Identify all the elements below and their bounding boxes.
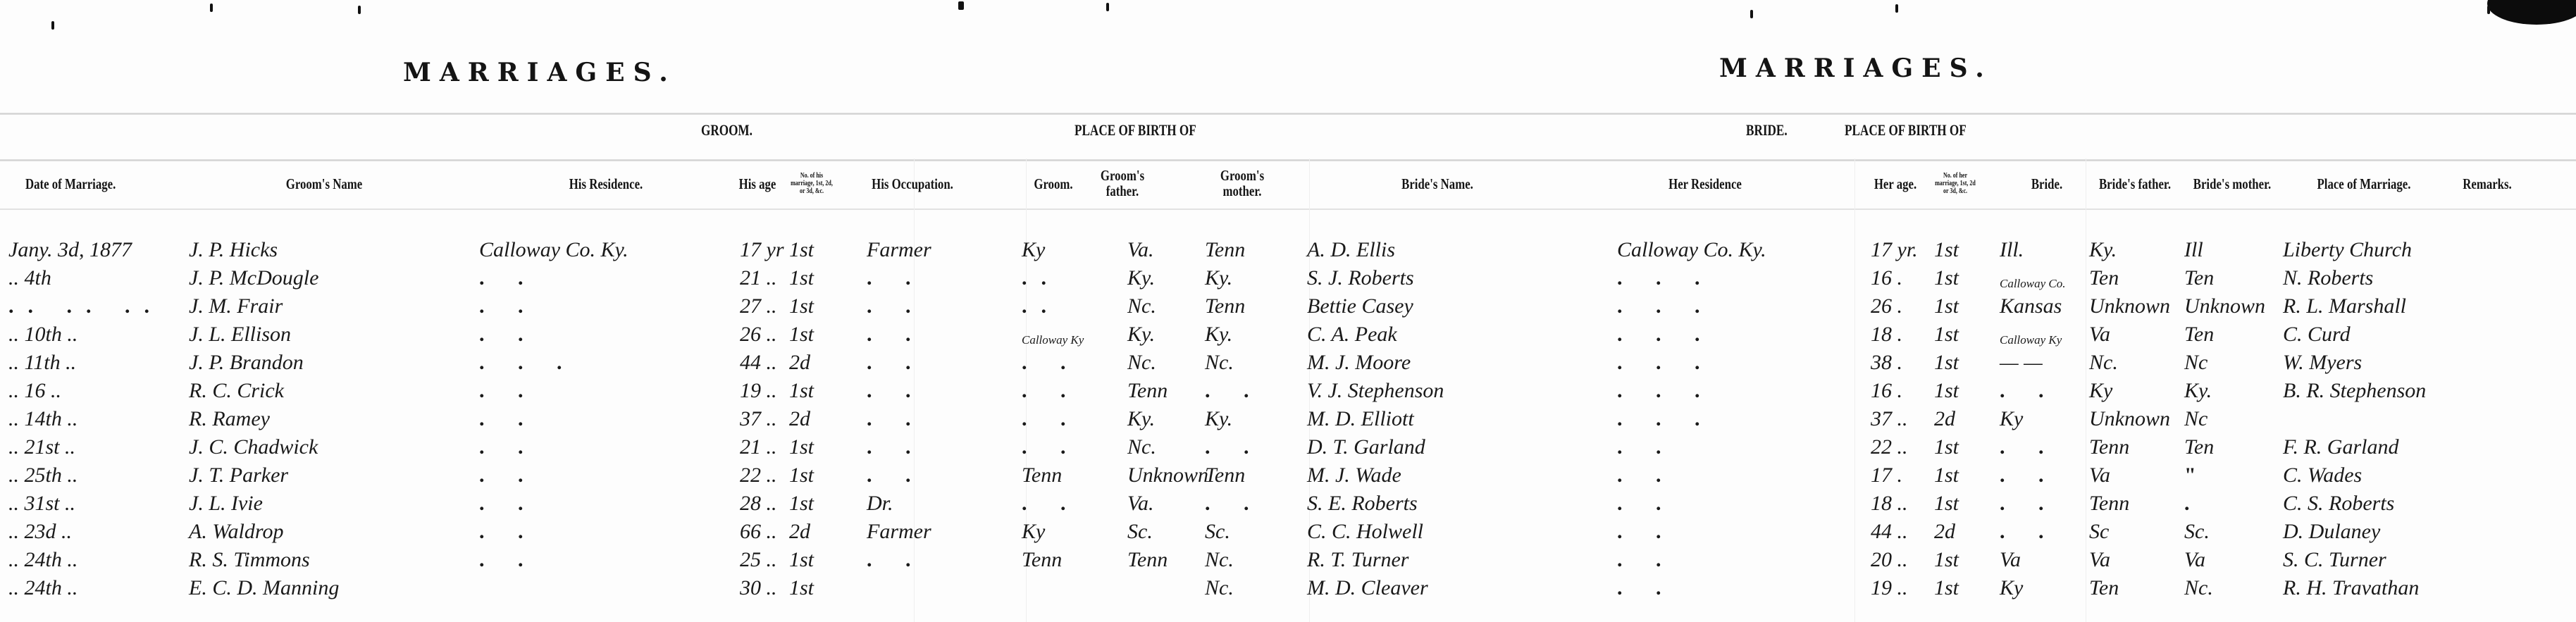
cell-his-age: 25 ..	[740, 548, 777, 572]
cell-bride-mother: Unknown	[2184, 294, 2265, 318]
column-header-bride-name: Bride's Name.	[1392, 176, 1482, 192]
cell-groom-birth: . .	[1022, 379, 1080, 403]
column-header-his-marriage-no: No. of his marriage, 1st, 2d, or 3d, &c.	[789, 172, 834, 195]
cell-bride-mother: "	[2184, 464, 2210, 487]
cell-groom-father: Ky.	[1127, 323, 1155, 347]
cell-her-residence: . .	[1617, 464, 1676, 487]
cell-her-residence: . . .	[1617, 294, 1714, 318]
cell-his-residence: . .	[479, 323, 538, 347]
cell-groom-father: Tenn	[1127, 379, 1168, 403]
cell-groom-name: J. P. Brandon	[189, 351, 304, 375]
column-header-her-age: Her age.	[1867, 176, 1924, 192]
cell-her-marriage-no: 1st	[1934, 266, 1959, 290]
column-header-groom-birthplace: Groom.	[1025, 176, 1082, 192]
cell-groom-name: A. Waldrop	[189, 520, 283, 544]
cell-groom-father: Nc.	[1127, 294, 1156, 318]
cell-groom-mother: Sc.	[1205, 520, 1230, 544]
cell-his-occupation: . .	[867, 435, 925, 459]
column-header-bride-father: Bride's father.	[2095, 176, 2174, 192]
cell-bride-name: R. T. Turner	[1307, 548, 1408, 572]
cell-groom-name: J. T. Parker	[189, 464, 288, 487]
cell-her-age: 19 ..	[1871, 576, 1908, 600]
cell-his-marriage-no: 1st	[789, 323, 814, 347]
cell-his-marriage-no: 1st	[789, 435, 814, 459]
cell-bride-birth: Calloway Ky	[2000, 328, 2062, 352]
cell-date: Jany. 3d, 1877	[8, 238, 132, 262]
column-header-remarks: Remarks.	[2459, 176, 2515, 192]
cell-bride-father: Ky	[2089, 379, 2112, 403]
cell-his-marriage-no: 1st	[789, 379, 814, 403]
cell-her-age: 16 .	[1871, 266, 1902, 290]
column-divider	[1854, 158, 1855, 622]
cell-her-marriage-no: 1st	[1934, 351, 1959, 375]
cell-groom-father: Va.	[1127, 492, 1154, 516]
cell-her-residence: . . .	[1617, 323, 1714, 347]
cell-his-occupation: . .	[867, 323, 925, 347]
cell-bride-birth: . .	[2000, 435, 2058, 459]
cell-bride-father: Ten	[2089, 266, 2119, 290]
cell-groom-mother: Nc.	[1205, 576, 1234, 600]
cell-her-residence: . . .	[1617, 407, 1714, 431]
cell-his-occupation: . .	[867, 464, 925, 487]
cell-bride-name: M. D. Cleaver	[1307, 576, 1428, 600]
cell-place-of-marriage: S. C. Turner	[2283, 548, 2386, 572]
cell-bride-father: Unknown	[2089, 407, 2170, 431]
group-header-groom: GROOM.	[701, 121, 753, 139]
column-header-her-residence: Her Residence	[1660, 176, 1750, 192]
cell-place-of-marriage: W. Myers	[2283, 351, 2362, 375]
cell-place-of-marriage: D. Dulaney	[2283, 520, 2380, 544]
cell-bride-birth: Va	[2000, 548, 2021, 572]
cell-his-residence: . .	[479, 266, 538, 290]
cell-his-residence: . .	[479, 407, 538, 431]
cell-her-age: 38 .	[1871, 351, 1902, 375]
ink-speck	[358, 6, 361, 14]
ink-speck	[1106, 3, 1109, 11]
cell-bride-name: Bettie Casey	[1307, 294, 1413, 318]
cell-her-age: 18 ..	[1871, 492, 1908, 516]
cell-bride-birth: — —	[2000, 351, 2043, 375]
cell-his-residence: . . .	[479, 351, 576, 375]
header-rule-top	[0, 113, 2576, 115]
cell-groom-name: J. P. Hicks	[189, 238, 278, 262]
ink-blot	[2487, 0, 2576, 25]
cell-his-occupation: . .	[867, 351, 925, 375]
cell-groom-mother: Nc.	[1205, 548, 1234, 572]
cell-his-marriage-no: 1st	[789, 238, 814, 262]
page-title-right: MARRIAGES.	[1719, 54, 1993, 83]
cell-groom-father: Nc.	[1127, 435, 1156, 459]
cell-his-marriage-no: 1st	[789, 464, 814, 487]
cell-groom-father: Tenn	[1127, 548, 1168, 572]
cell-her-residence: . .	[1617, 548, 1676, 572]
cell-groom-birth: Tenn	[1022, 464, 1062, 487]
ink-speck	[958, 1, 964, 10]
cell-bride-father: Va	[2089, 548, 2110, 572]
cell-his-marriage-no: 2d	[789, 520, 810, 544]
column-header-his-residence: His Residence.	[561, 176, 651, 192]
cell-his-age: 66 ..	[740, 520, 777, 544]
cell-her-residence: Calloway Co. Ky.	[1617, 238, 1766, 262]
cell-her-age: 20 ..	[1871, 548, 1908, 572]
cell-her-age: 16 .	[1871, 379, 1902, 403]
cell-his-age: 19 ..	[740, 379, 777, 403]
column-header-groom-name: Groom's Name	[279, 176, 369, 192]
cell-his-marriage-no: 2d	[789, 351, 810, 375]
cell-date: .. 21st ..	[8, 435, 75, 459]
cell-his-occupation: . .	[867, 379, 925, 403]
cell-groom-birth: . .	[1022, 407, 1080, 431]
ink-speck	[210, 4, 213, 12]
cell-groom-father: Ky.	[1127, 407, 1155, 431]
cell-his-marriage-no: 1st	[789, 548, 814, 572]
cell-bride-father: Ten	[2089, 576, 2119, 600]
group-header-groom-birthplace: PLACE OF BIRTH OF	[1075, 121, 1196, 139]
cell-his-marriage-no: 1st	[789, 576, 814, 600]
cell-groom-mother: Nc.	[1205, 351, 1234, 375]
cell-bride-mother: Ky.	[2184, 379, 2212, 403]
cell-bride-name: S. E. Roberts	[1307, 492, 1418, 516]
group-header-bride-birthplace: PLACE OF BIRTH OF	[1845, 121, 1967, 139]
cell-bride-mother: Nc	[2184, 351, 2207, 375]
cell-groom-mother: Ky.	[1205, 407, 1232, 431]
cell-his-occupation: Dr.	[867, 492, 893, 516]
cell-date: .. 24th ..	[8, 548, 78, 572]
cell-bride-birth: Ill.	[2000, 238, 2024, 262]
cell-groom-birth: Tenn	[1022, 548, 1062, 572]
cell-bride-birth: Kansas	[2000, 294, 2062, 318]
cell-bride-father: Va	[2089, 464, 2110, 487]
cell-his-residence: . .	[479, 294, 538, 318]
cell-his-age: 26 ..	[740, 323, 777, 347]
page-title-left: MARRIAGES.	[403, 58, 676, 87]
cell-bride-mother: Sc.	[2184, 520, 2210, 544]
cell-groom-birth: Ky	[1022, 238, 1045, 262]
ink-speck	[1750, 10, 1753, 18]
column-header-bride-mother: Bride's mother.	[2193, 176, 2272, 192]
column-divider	[2086, 158, 2086, 622]
cell-bride-mother: Nc	[2184, 407, 2207, 431]
cell-bride-name: C. C. Holwell	[1307, 520, 1423, 544]
cell-bride-mother: Ill	[2184, 238, 2203, 262]
cell-groom-father: Ky.	[1127, 266, 1155, 290]
cell-groom-name: R. Ramey	[189, 407, 270, 431]
cell-her-residence: . .	[1617, 435, 1676, 459]
cell-her-marriage-no: 1st	[1934, 379, 1959, 403]
cell-bride-mother: Nc.	[2184, 576, 2213, 600]
cell-his-age: 17 yr	[740, 238, 784, 262]
cell-place-of-marriage: C. Curd	[2283, 323, 2351, 347]
cell-groom-name: J. C. Chadwick	[189, 435, 318, 459]
cell-place-of-marriage: Liberty Church	[2283, 238, 2412, 262]
cell-bride-father: Va	[2089, 323, 2110, 347]
cell-bride-mother: Va	[2184, 548, 2205, 572]
cell-her-marriage-no: 1st	[1934, 435, 1959, 459]
cell-her-marriage-no: 1st	[1934, 548, 1959, 572]
cell-groom-mother: . .	[1205, 379, 1263, 403]
cell-groom-mother: . .	[1205, 435, 1263, 459]
header-rule-middle	[0, 159, 2576, 161]
cell-her-residence: . . .	[1617, 379, 1714, 403]
cell-bride-mother: Ten	[2184, 435, 2214, 459]
cell-her-age: 18 .	[1871, 323, 1902, 347]
cell-bride-father: Tenn	[2089, 492, 2129, 516]
cell-date: .. 24th ..	[8, 576, 78, 600]
cell-bride-name: M. J. Wade	[1307, 464, 1401, 487]
column-header-date: Date of Marriage.	[25, 176, 116, 192]
cell-her-marriage-no: 1st	[1934, 576, 1959, 600]
cell-date: .. 4th	[8, 266, 51, 290]
cell-groom-name: J. L. Ellison	[189, 323, 291, 347]
cell-his-age: 44 ..	[740, 351, 777, 375]
cell-her-marriage-no: 1st	[1934, 323, 1959, 347]
cell-bride-birth: . .	[2000, 492, 2058, 516]
cell-her-marriage-no: 1st	[1934, 492, 1959, 516]
cell-place-of-marriage: F. R. Garland	[2283, 435, 2398, 459]
cell-his-occupation: Farmer	[867, 520, 931, 544]
column-header-bride-birthplace: Bride.	[2024, 176, 2069, 192]
cell-groom-father: Va.	[1127, 238, 1154, 262]
ink-speck	[2487, 6, 2490, 14]
cell-his-residence: . .	[479, 464, 538, 487]
cell-his-residence: . .	[479, 435, 538, 459]
cell-her-residence: . .	[1617, 492, 1676, 516]
cell-her-residence: . .	[1617, 520, 1676, 544]
cell-his-marriage-no: 1st	[789, 294, 814, 318]
cell-place-of-marriage: C. Wades	[2283, 464, 2362, 487]
cell-his-marriage-no: 1st	[789, 492, 814, 516]
cell-his-marriage-no: 2d	[789, 407, 810, 431]
cell-his-marriage-no: 1st	[789, 266, 814, 290]
cell-groom-father: Unknown	[1127, 464, 1208, 487]
cell-groom-father: Nc.	[1127, 351, 1156, 375]
cell-groom-name: E. C. D. Manning	[189, 576, 339, 600]
cell-her-age: 22 ..	[1871, 435, 1908, 459]
cell-bride-birth: Calloway Co.	[2000, 272, 2066, 296]
cell-his-residence: . .	[479, 379, 538, 403]
ink-speck	[51, 21, 54, 30]
cell-his-age: 30 ..	[740, 576, 777, 600]
column-header-place-of-marriage: Place of Marriage.	[2316, 176, 2412, 192]
cell-groom-father: Sc.	[1127, 520, 1153, 544]
column-header-his-age: His age	[735, 176, 780, 192]
cell-her-age: 37 ..	[1871, 407, 1908, 431]
cell-her-residence: . . .	[1617, 351, 1714, 375]
cell-his-occupation: . .	[867, 294, 925, 318]
cell-his-residence: . .	[479, 492, 538, 516]
cell-groom-name: R. S. Timmons	[189, 548, 310, 572]
cell-bride-name: M. J. Moore	[1307, 351, 1411, 375]
cell-his-age: 21 ..	[740, 435, 777, 459]
column-header-groom-mother: Groom's mother.	[1217, 168, 1268, 199]
column-header-his-occupation: His Occupation.	[867, 176, 958, 192]
cell-bride-mother: Ten	[2184, 323, 2214, 347]
cell-place-of-marriage: R. H. Travathan	[2283, 576, 2419, 600]
cell-bride-father: Nc.	[2089, 351, 2118, 375]
cell-date: .. 25th ..	[8, 464, 78, 487]
cell-bride-name: A. D. Ellis	[1307, 238, 1395, 262]
cell-her-marriage-no: 1st	[1934, 238, 1959, 262]
cell-his-age: 37 ..	[740, 407, 777, 431]
cell-her-age: 26 .	[1871, 294, 1902, 318]
cell-his-occupation: . .	[867, 407, 925, 431]
cell-bride-father: Sc	[2089, 520, 2109, 544]
cell-her-marriage-no: 2d	[1934, 407, 1955, 431]
header-rule-bottom	[0, 209, 2576, 210]
cell-her-age: 17 yr.	[1871, 238, 1918, 262]
cell-her-residence: . . .	[1617, 266, 1714, 290]
cell-bride-name: V. J. Stephenson	[1307, 379, 1444, 403]
cell-groom-birth: . .	[1022, 435, 1080, 459]
cell-groom-birth: Ky	[1022, 520, 1045, 544]
column-header-her-marriage-no: No. of her marriage, 1st, 2d or 3d, &c.	[1933, 172, 1978, 195]
cell-groom-name: R. C. Crick	[189, 379, 284, 403]
cell-bride-father: Ky.	[2089, 238, 2117, 262]
group-header-bride: BRIDE.	[1746, 121, 1788, 139]
cell-his-residence: . .	[479, 548, 538, 572]
cell-place-of-marriage: N. Roberts	[2283, 266, 2373, 290]
cell-bride-mother: Ten	[2184, 266, 2214, 290]
cell-bride-birth: . .	[2000, 520, 2058, 544]
cell-bride-birth: . .	[2000, 379, 2058, 403]
cell-bride-mother: .	[2184, 492, 2204, 516]
cell-bride-name: D. T. Garland	[1307, 435, 1425, 459]
cell-her-marriage-no: 1st	[1934, 294, 1959, 318]
cell-groom-birth: ..	[1022, 266, 1060, 290]
cell-his-age: 28 ..	[740, 492, 777, 516]
cell-date: .. .. ..	[8, 294, 163, 318]
cell-her-marriage-no: 1st	[1934, 464, 1959, 487]
cell-groom-mother: Tenn	[1205, 238, 1245, 262]
cell-his-residence: Calloway Co. Ky.	[479, 238, 628, 262]
ledger-page: MARRIAGES. MARRIAGES. GROOM. PLACE OF BI…	[0, 0, 2576, 622]
cell-his-occupation: Farmer	[867, 238, 931, 262]
cell-groom-birth: . .	[1022, 351, 1080, 375]
cell-bride-birth: Ky	[2000, 576, 2023, 600]
cell-her-marriage-no: 2d	[1934, 520, 1955, 544]
cell-date: .. 16 ..	[8, 379, 61, 403]
cell-his-occupation: . .	[867, 266, 925, 290]
cell-groom-mother: Ky.	[1205, 323, 1232, 347]
cell-groom-mother: Tenn	[1205, 294, 1245, 318]
cell-groom-mother: Ky.	[1205, 266, 1232, 290]
cell-bride-name: S. J. Roberts	[1307, 266, 1414, 290]
cell-groom-name: J. M. Frair	[189, 294, 283, 318]
cell-place-of-marriage: B. R. Stephenson	[2283, 379, 2426, 403]
cell-date: .. 10th ..	[8, 323, 78, 347]
cell-bride-birth: . .	[2000, 464, 2058, 487]
cell-her-age: 44 ..	[1871, 520, 1908, 544]
ink-speck	[1895, 4, 1898, 13]
cell-his-age: 21 ..	[740, 266, 777, 290]
cell-her-age: 17 .	[1871, 464, 1902, 487]
cell-bride-birth: Ky	[2000, 407, 2023, 431]
cell-date: .. 31st ..	[8, 492, 75, 516]
cell-date: .. 23d ..	[8, 520, 72, 544]
cell-her-residence: . .	[1617, 576, 1676, 600]
cell-groom-mother: . .	[1205, 492, 1263, 516]
column-header-groom-father: Groom's father.	[1097, 168, 1148, 199]
cell-groom-name: J. P. McDougle	[189, 266, 318, 290]
cell-date: .. 14th ..	[8, 407, 78, 431]
cell-bride-father: Tenn	[2089, 435, 2129, 459]
cell-place-of-marriage: R. L. Marshall	[2283, 294, 2406, 318]
cell-date: .. 11th ..	[8, 351, 76, 375]
cell-place-of-marriage: C. S. Roberts	[2283, 492, 2394, 516]
cell-bride-name: C. A. Peak	[1307, 323, 1397, 347]
cell-bride-name: M. D. Elliott	[1307, 407, 1414, 431]
cell-groom-name: J. L. Ivie	[189, 492, 263, 516]
cell-groom-birth: . .	[1022, 492, 1080, 516]
cell-his-age: 27 ..	[740, 294, 777, 318]
cell-groom-birth: Calloway Ky	[1022, 328, 1084, 352]
cell-bride-father: Unknown	[2089, 294, 2170, 318]
cell-his-residence: . .	[479, 520, 538, 544]
cell-his-occupation: . .	[867, 548, 925, 572]
cell-his-age: 22 ..	[740, 464, 777, 487]
cell-groom-birth: ..	[1022, 294, 1060, 318]
cell-groom-mother: Tenn	[1205, 464, 1245, 487]
